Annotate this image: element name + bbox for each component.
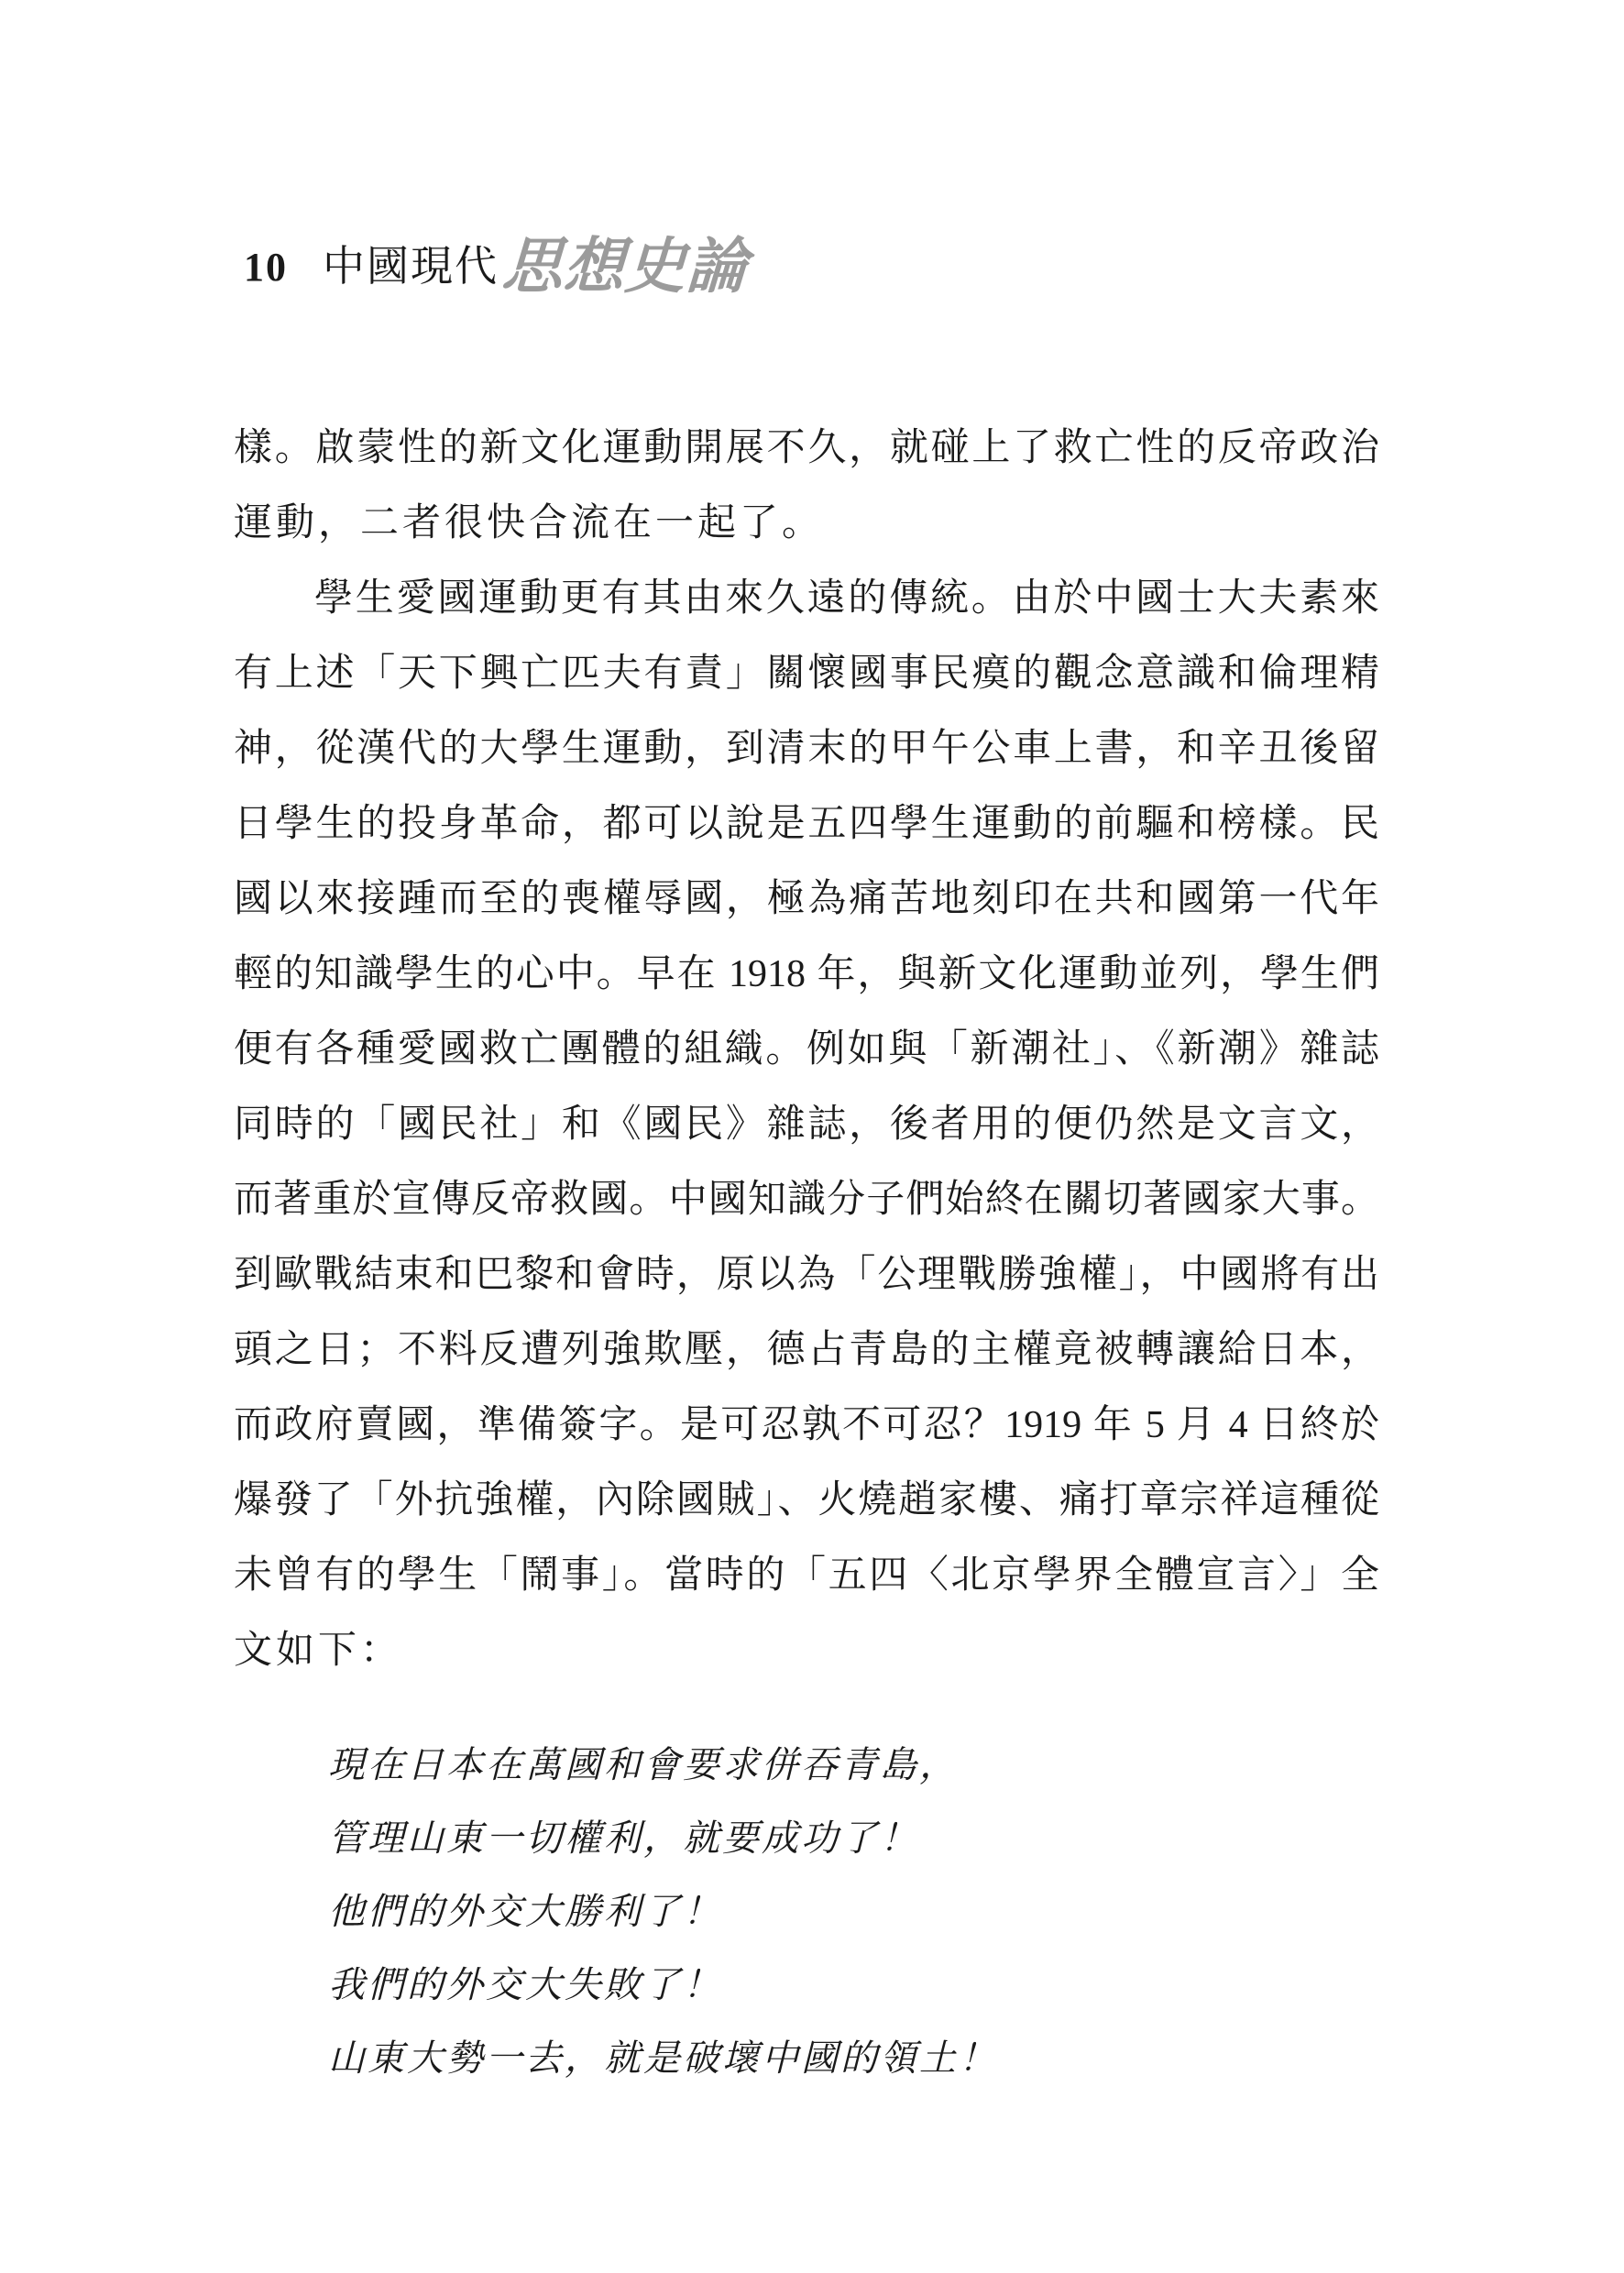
- quote-line: 管理山東一切權利，就要成功了！: [328, 1802, 1391, 1875]
- quote-line: 山東大勢一去，就是破壞中國的領土！: [328, 2022, 1391, 2095]
- body-text: 樣。啟蒙性的新文化運動開展不久，就碰上了救亡性的反帝政治 運動，二者很快合流在一…: [234, 411, 1379, 1688]
- body-line: 頭之日；不料反遭列強欺壓，德占青島的主權竟被轉讓給日本，: [234, 1312, 1379, 1388]
- body-line: 同時的「國民社」和《國民》雜誌，後者用的便仍然是文言文，: [234, 1087, 1379, 1162]
- book-page: 10 中國現代 思想史論 樣。啟蒙性的新文化運動開展不久，就碰上了救亡性的反帝政…: [0, 0, 1624, 2273]
- body-line: 運動，二者很快合流在一起了。: [234, 486, 1379, 561]
- body-line: 日學生的投身革命，都可以說是五四學生運動的前驅和榜樣。民: [234, 786, 1379, 862]
- body-line: 文如下：: [234, 1613, 1379, 1688]
- body-line: 輕的知識學生的心中。早在 1918 年，與新文化運動並列，學生們: [234, 937, 1379, 1012]
- body-line: 神，從漢代的大學生運動，到清末的甲午公車上書，和辛丑後留: [234, 711, 1379, 786]
- quote-line: 他們的外交大勝利了！: [328, 1875, 1391, 1949]
- body-line: 而著重於宣傳反帝救國。中國知識分子們始終在關切著國家大事。: [234, 1162, 1379, 1237]
- body-line: 有上述「天下興亡匹夫有責」關懷國事民瘼的觀念意識和倫理精: [234, 636, 1379, 711]
- body-line: 未曾有的學生「鬧事」。當時的「五四〈北京學界全體宣言〉」全: [234, 1538, 1379, 1613]
- quote-line: 現在日本在萬國和會要求併吞青島，: [328, 1729, 1391, 1802]
- body-line: 到歐戰結束和巴黎和會時，原以為「公理戰勝強權」，中國將有出: [234, 1237, 1379, 1312]
- running-head: 10 中國現代 思想史論: [244, 229, 748, 293]
- book-title-regular: 中國現代: [323, 233, 499, 293]
- book-title-calligraphy: 思想史論: [500, 236, 749, 296]
- body-line: 便有各種愛國救亡團體的組織。例如與「新潮社」、《新潮》雜誌: [234, 1012, 1379, 1087]
- page-number: 10: [244, 244, 288, 291]
- body-line: 樣。啟蒙性的新文化運動開展不久，就碰上了救亡性的反帝政治: [234, 411, 1379, 486]
- quote-line: 我們的外交大失敗了！: [328, 1949, 1391, 2022]
- body-line: 而政府賣國，準備簽字。是可忍孰不可忍？1919 年 5 月 4 日終於: [234, 1388, 1379, 1463]
- body-line: 國以來接踵而至的喪權辱國，極為痛苦地刻印在共和國第一代年: [234, 862, 1379, 937]
- body-line: 爆發了「外抗強權，內除國賊」、火燒趙家樓、痛打章宗祥這種從: [234, 1463, 1379, 1538]
- declaration-quote: 現在日本在萬國和會要求併吞青島， 管理山東一切權利，就要成功了！ 他們的外交大勝…: [328, 1729, 1391, 2095]
- body-line: 學生愛國運動更有其由來久遠的傳統。由於中國士大夫素來: [234, 561, 1379, 636]
